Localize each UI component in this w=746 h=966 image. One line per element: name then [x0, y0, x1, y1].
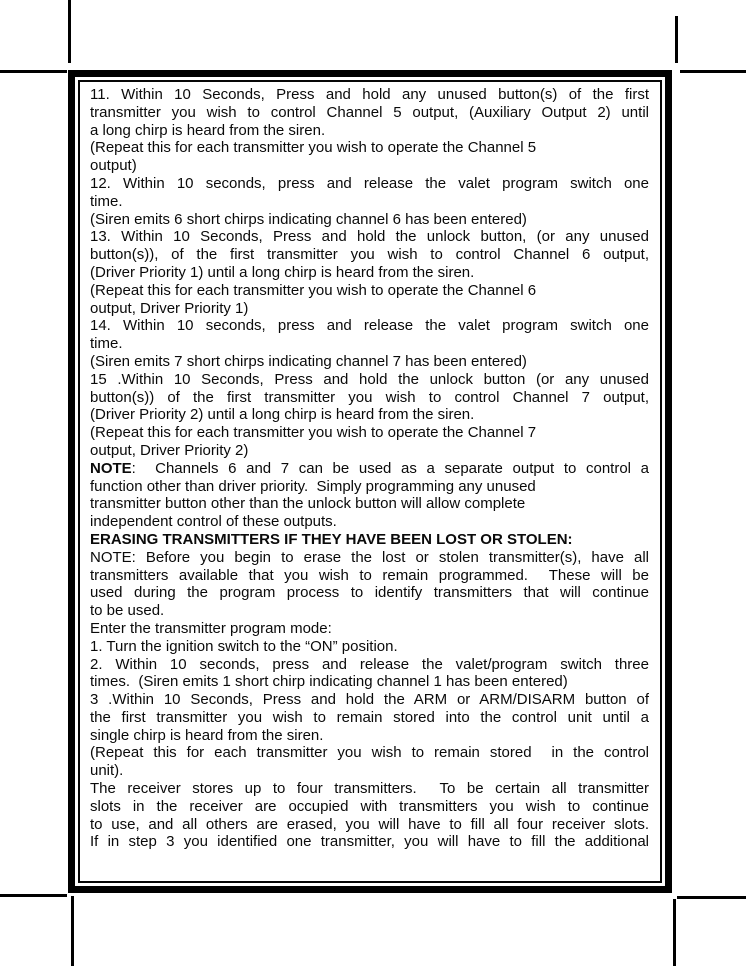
text-line: output, Driver Priority 2) [90, 442, 649, 460]
text-line: (Repeat this for each transmitter you wi… [90, 424, 649, 442]
page-text: 11. Within 10 Seconds, Press and hold an… [90, 86, 649, 879]
text-line: 15 .Within 10 Seconds, Press and hold th… [90, 371, 649, 389]
text-line: 2. Within 10 seconds, press and release … [90, 656, 649, 674]
text-line: Enter the transmitter program mode: [90, 620, 649, 638]
text-line: (Siren emits 6 short chirps indicating c… [90, 211, 649, 229]
text-line: button(s)), of the first transmitter you… [90, 246, 649, 264]
manual-page-inner-border: 11. Within 10 Seconds, Press and hold an… [78, 80, 662, 883]
crop-mark-top-right-horizontal [680, 70, 746, 73]
text-line: button(s)) of the first transmitter you … [90, 389, 649, 407]
text-line: (Siren emits 7 short chirps indicating c… [90, 353, 649, 371]
text-line: If in step 3 you identified one transmit… [90, 833, 649, 851]
scanned-manual-page: { "page": { "background": "#ffffff", "in… [0, 0, 746, 966]
text-line: NOTE: Before you begin to erase the lost… [90, 549, 649, 567]
text-line: 12. Within 10 seconds, press and release… [90, 175, 649, 193]
text-line: 1. Turn the ignition switch to the “ON” … [90, 638, 649, 656]
text-line: time. [90, 193, 649, 211]
text-line: The receiver stores up to four transmitt… [90, 780, 649, 798]
text-line: transmitters available that you wish to … [90, 567, 649, 585]
text-line: 11. Within 10 Seconds, Press and hold an… [90, 86, 649, 104]
text-line: output, Driver Priority 1) [90, 300, 649, 318]
crop-mark-bottom-left-horizontal [0, 894, 67, 897]
text-line: (Driver Priority 1) until a long chirp i… [90, 264, 649, 282]
text-line: NOTE: Channels 6 and 7 can be used as a … [90, 460, 649, 478]
text-line: 3 .Within 10 Seconds, Press and hold the… [90, 691, 649, 709]
text-line: a long chirp is heard from the siren. [90, 122, 649, 140]
text-line: ERASING TRANSMITTERS IF THEY HAVE BEEN L… [90, 531, 649, 549]
text-line: (Repeat this for each transmitter you wi… [90, 282, 649, 300]
text-line: slots in the receiver are occupied with … [90, 798, 649, 816]
text-line: 13. Within 10 Seconds, Press and hold th… [90, 228, 649, 246]
crop-mark-bottom-right-vertical [673, 899, 676, 966]
text-line: transmitter button other than the unlock… [90, 495, 649, 513]
text-line: to be used. [90, 602, 649, 620]
text-line: independent control of these outputs. [90, 513, 649, 531]
text-line: (Repeat this for each transmitter you wi… [90, 744, 649, 762]
text-line: to use, and all others are erased, you w… [90, 816, 649, 834]
text-line: 14. Within 10 seconds, press and release… [90, 317, 649, 335]
text-line: (Repeat this for each transmitter you wi… [90, 139, 649, 157]
text-line: output) [90, 157, 649, 175]
manual-page-outer-border: 11. Within 10 Seconds, Press and hold an… [68, 70, 672, 893]
text-line: times. (Siren emits 1 short chirp indica… [90, 673, 649, 691]
text-line: function other than driver priority. Sim… [90, 478, 649, 496]
text-line: single chirp is heard from the siren. [90, 727, 649, 745]
text-line: (Driver Priority 2) until a long chirp i… [90, 406, 649, 424]
crop-mark-top-left-vertical [68, 0, 71, 63]
text-line: unit). [90, 762, 649, 780]
text-line: transmitter you wish to control Channel … [90, 104, 649, 122]
text-line: used during the program process to ident… [90, 584, 649, 602]
crop-mark-top-right-vertical [675, 16, 678, 63]
crop-mark-bottom-right-horizontal [677, 896, 746, 899]
text-line: time. [90, 335, 649, 353]
text-line: the first transmitter you wish to remain… [90, 709, 649, 727]
crop-mark-top-left-horizontal [0, 70, 67, 73]
crop-mark-bottom-left-vertical [71, 896, 74, 966]
